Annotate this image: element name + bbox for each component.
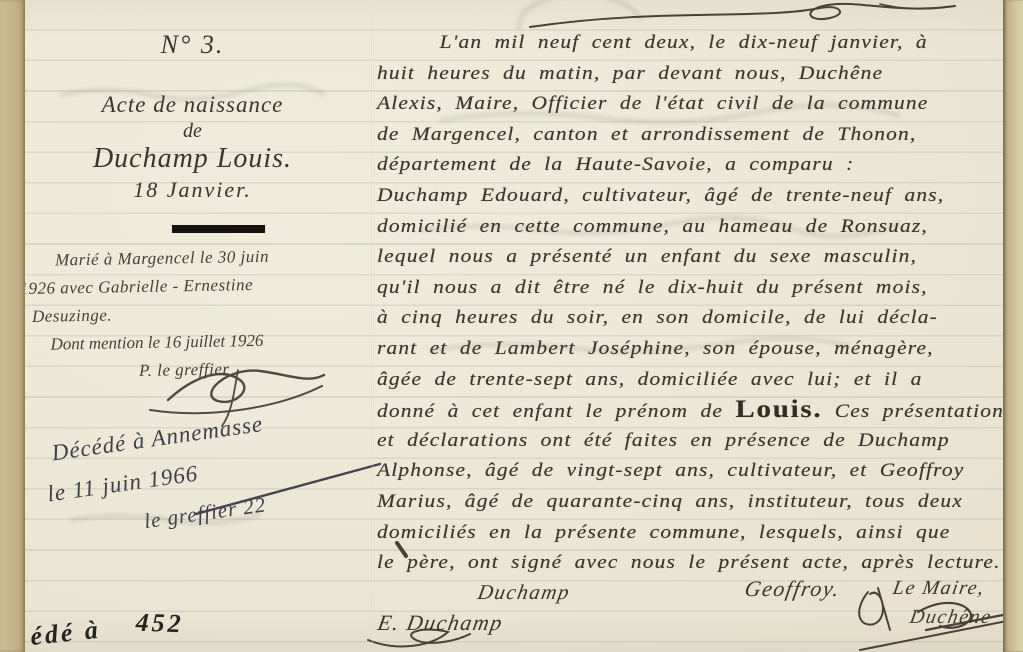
act-line: de Margencel, canton et arrondissement d… — [377, 120, 1023, 151]
mayor-signature-label: Le Maire, — [891, 577, 987, 600]
act-date: 18 Janvier. — [20, 177, 365, 203]
act-line: Alexis, Maire, Officier de l'état civil … — [377, 89, 1023, 120]
act-title: de — [20, 120, 365, 143]
act-line: âgée de trente-sept ans, domiciliée avec… — [377, 365, 1023, 396]
page-binding-edge — [0, 0, 25, 652]
act-line: Duchamp Edouard, cultivateur, âgé de tre… — [377, 181, 1023, 212]
act-body-text: L'an mil neuf cent deux, le dix-neuf jan… — [377, 28, 1017, 579]
cutoff-bottom-note: édé à 452 — [29, 606, 185, 652]
act-number: N° 3. — [20, 30, 365, 60]
signature-mayor: Duchêne — [908, 606, 994, 629]
page-fold-crease — [371, 0, 374, 652]
act-line: domiciliés en la présente commune, lesqu… — [377, 518, 1023, 549]
act-line: L'an mil neuf cent deux, le dix-neuf jan… — [377, 28, 1023, 59]
register-page-scan: N° 3. Acte de naissance de Duchamp Louis… — [0, 0, 1023, 652]
act-line: le père, ont signé avec nous le présent … — [377, 548, 1023, 579]
act-title: Acte de naissance — [20, 92, 365, 118]
margin-divider-rule — [172, 225, 265, 233]
previous-act-flourish — [530, 4, 955, 27]
cutoff-note-fragment: édé à — [29, 615, 102, 651]
act-line: Marius, âgé de quarante-cinq ans, instit… — [377, 487, 1023, 518]
signature-witness-geoffroy: Geoffroy. — [743, 576, 843, 602]
bleedthrough-squiggle — [519, 0, 640, 30]
act-line: département de la Haute-Savoie, a compar… — [377, 150, 1023, 181]
act-subject-name: Duchamp Louis. — [20, 143, 365, 175]
page-gutter-edge — [1003, 0, 1023, 652]
act-line-given-name: donné à cet enfant le prénom de Louis. C… — [377, 395, 1023, 426]
act-line-text: Ces présentation — [822, 402, 1004, 422]
previous-act-flourish — [880, 4, 955, 9]
cutoff-note-fragment: 452 — [135, 608, 184, 640]
death-margin-note: Décédé à Annemasse le 11 juin 1966 le gr… — [21, 388, 394, 557]
act-line: rant et de Lambert Joséphine, son épouse… — [377, 334, 1023, 365]
margin-column: N° 3. Acte de naissance de Duchamp Louis… — [20, 0, 365, 203]
act-line: domicilié en cette commune, au hameau de… — [377, 212, 1023, 243]
act-line: lequel nous a présenté un enfant du sexe… — [377, 242, 1023, 273]
signature-witness-e-duchamp: E. Duchamp — [376, 610, 506, 636]
act-line-text: donné à cet enfant le prénom de — [377, 402, 735, 422]
geoffroy-paraph — [859, 588, 890, 630]
act-line: Alphonse, âgé de vingt-sept ans, cultiva… — [377, 456, 1023, 487]
act-line: et déclarations ont été faites en présen… — [377, 426, 1023, 457]
signature-father: Duchamp — [476, 580, 573, 605]
act-line: qu'il nous a dit être né le dix-huit du … — [377, 273, 1023, 304]
act-line: huit heures du matin, par devant nous, D… — [377, 59, 1023, 90]
act-line: à cinq heures du soir, en son domicile, … — [377, 303, 1023, 334]
child-given-name: Louis. — [735, 396, 822, 423]
marriage-margin-note: Marié à Margencel le 30 juin 1926 avec G… — [17, 241, 379, 387]
